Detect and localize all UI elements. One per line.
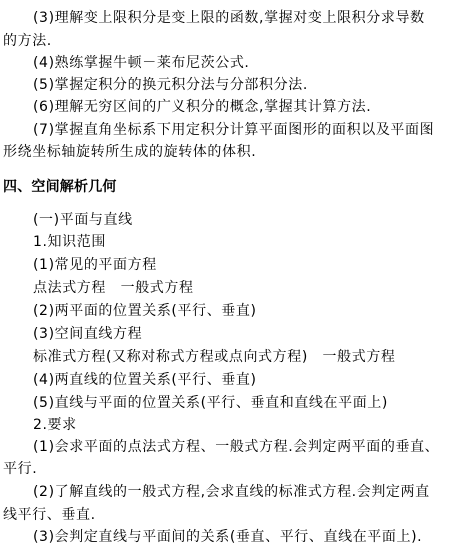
calculus-item-5: (5)掌握定积分的换元积分法与分部积分法. [33, 76, 464, 94]
requirement-1-line2: 平行. [3, 460, 464, 478]
knowledge-item: (2)两平面的位置关系(平行、垂直) [33, 302, 464, 320]
knowledge-item: (4)两直线的位置关系(平行、垂直) [33, 371, 464, 389]
calculus-item-6: (6)理解无穷区间的广义积分的概念,掌握其计算方法. [33, 98, 464, 116]
document-page: (3)理解变上限积分是变上限的函数,掌握对变上限积分求导数 的方法. (4)熟练… [0, 0, 466, 556]
knowledge-item: (5)直线与平面的位置关系(平行、垂直和直线在平面上) [33, 394, 464, 412]
knowledge-scope-title: 1.知识范围 [33, 233, 464, 251]
subsection-title: (一)平面与直线 [33, 211, 464, 229]
requirement-1-line1: (1)会求平面的点法式方程、一般式方程.会判定两平面的垂直、 [33, 438, 464, 456]
calculus-item-3-line1: (3)理解变上限积分是变上限的函数,掌握对变上限积分求导数 [33, 9, 464, 27]
section-heading: 四、空间解析几何 [3, 178, 464, 196]
requirement-2-line2: 线平行、垂直. [3, 506, 464, 524]
calculus-item-7-line1: (7)掌握直角坐标系下用定积分计算平面图形的面积以及平面图 [33, 121, 464, 139]
calculus-item-4: (4)熟练掌握牛顿－莱布尼茨公式. [33, 54, 464, 72]
requirements-title: 2.要求 [33, 416, 464, 434]
knowledge-item: 标准式方程(又称对称式方程或点向式方程) 一般式方程 [33, 348, 464, 366]
requirement-2-line1: (2)了解直线的一般式方程,会求直线的标准式方程.会判定两直 [33, 483, 464, 501]
requirement-3: (3)会判定直线与平面间的关系(垂直、平行、直线在平面上). [33, 528, 464, 546]
calculus-item-7-line2: 形绕坐标轴旋转所生成的旋转体的体积. [3, 143, 464, 161]
knowledge-item: (1)常见的平面方程 [33, 256, 464, 274]
knowledge-item: (3)空间直线方程 [33, 325, 464, 343]
calculus-item-3-line2: 的方法. [3, 32, 464, 50]
knowledge-item: 点法式方程 一般式方程 [33, 279, 464, 297]
